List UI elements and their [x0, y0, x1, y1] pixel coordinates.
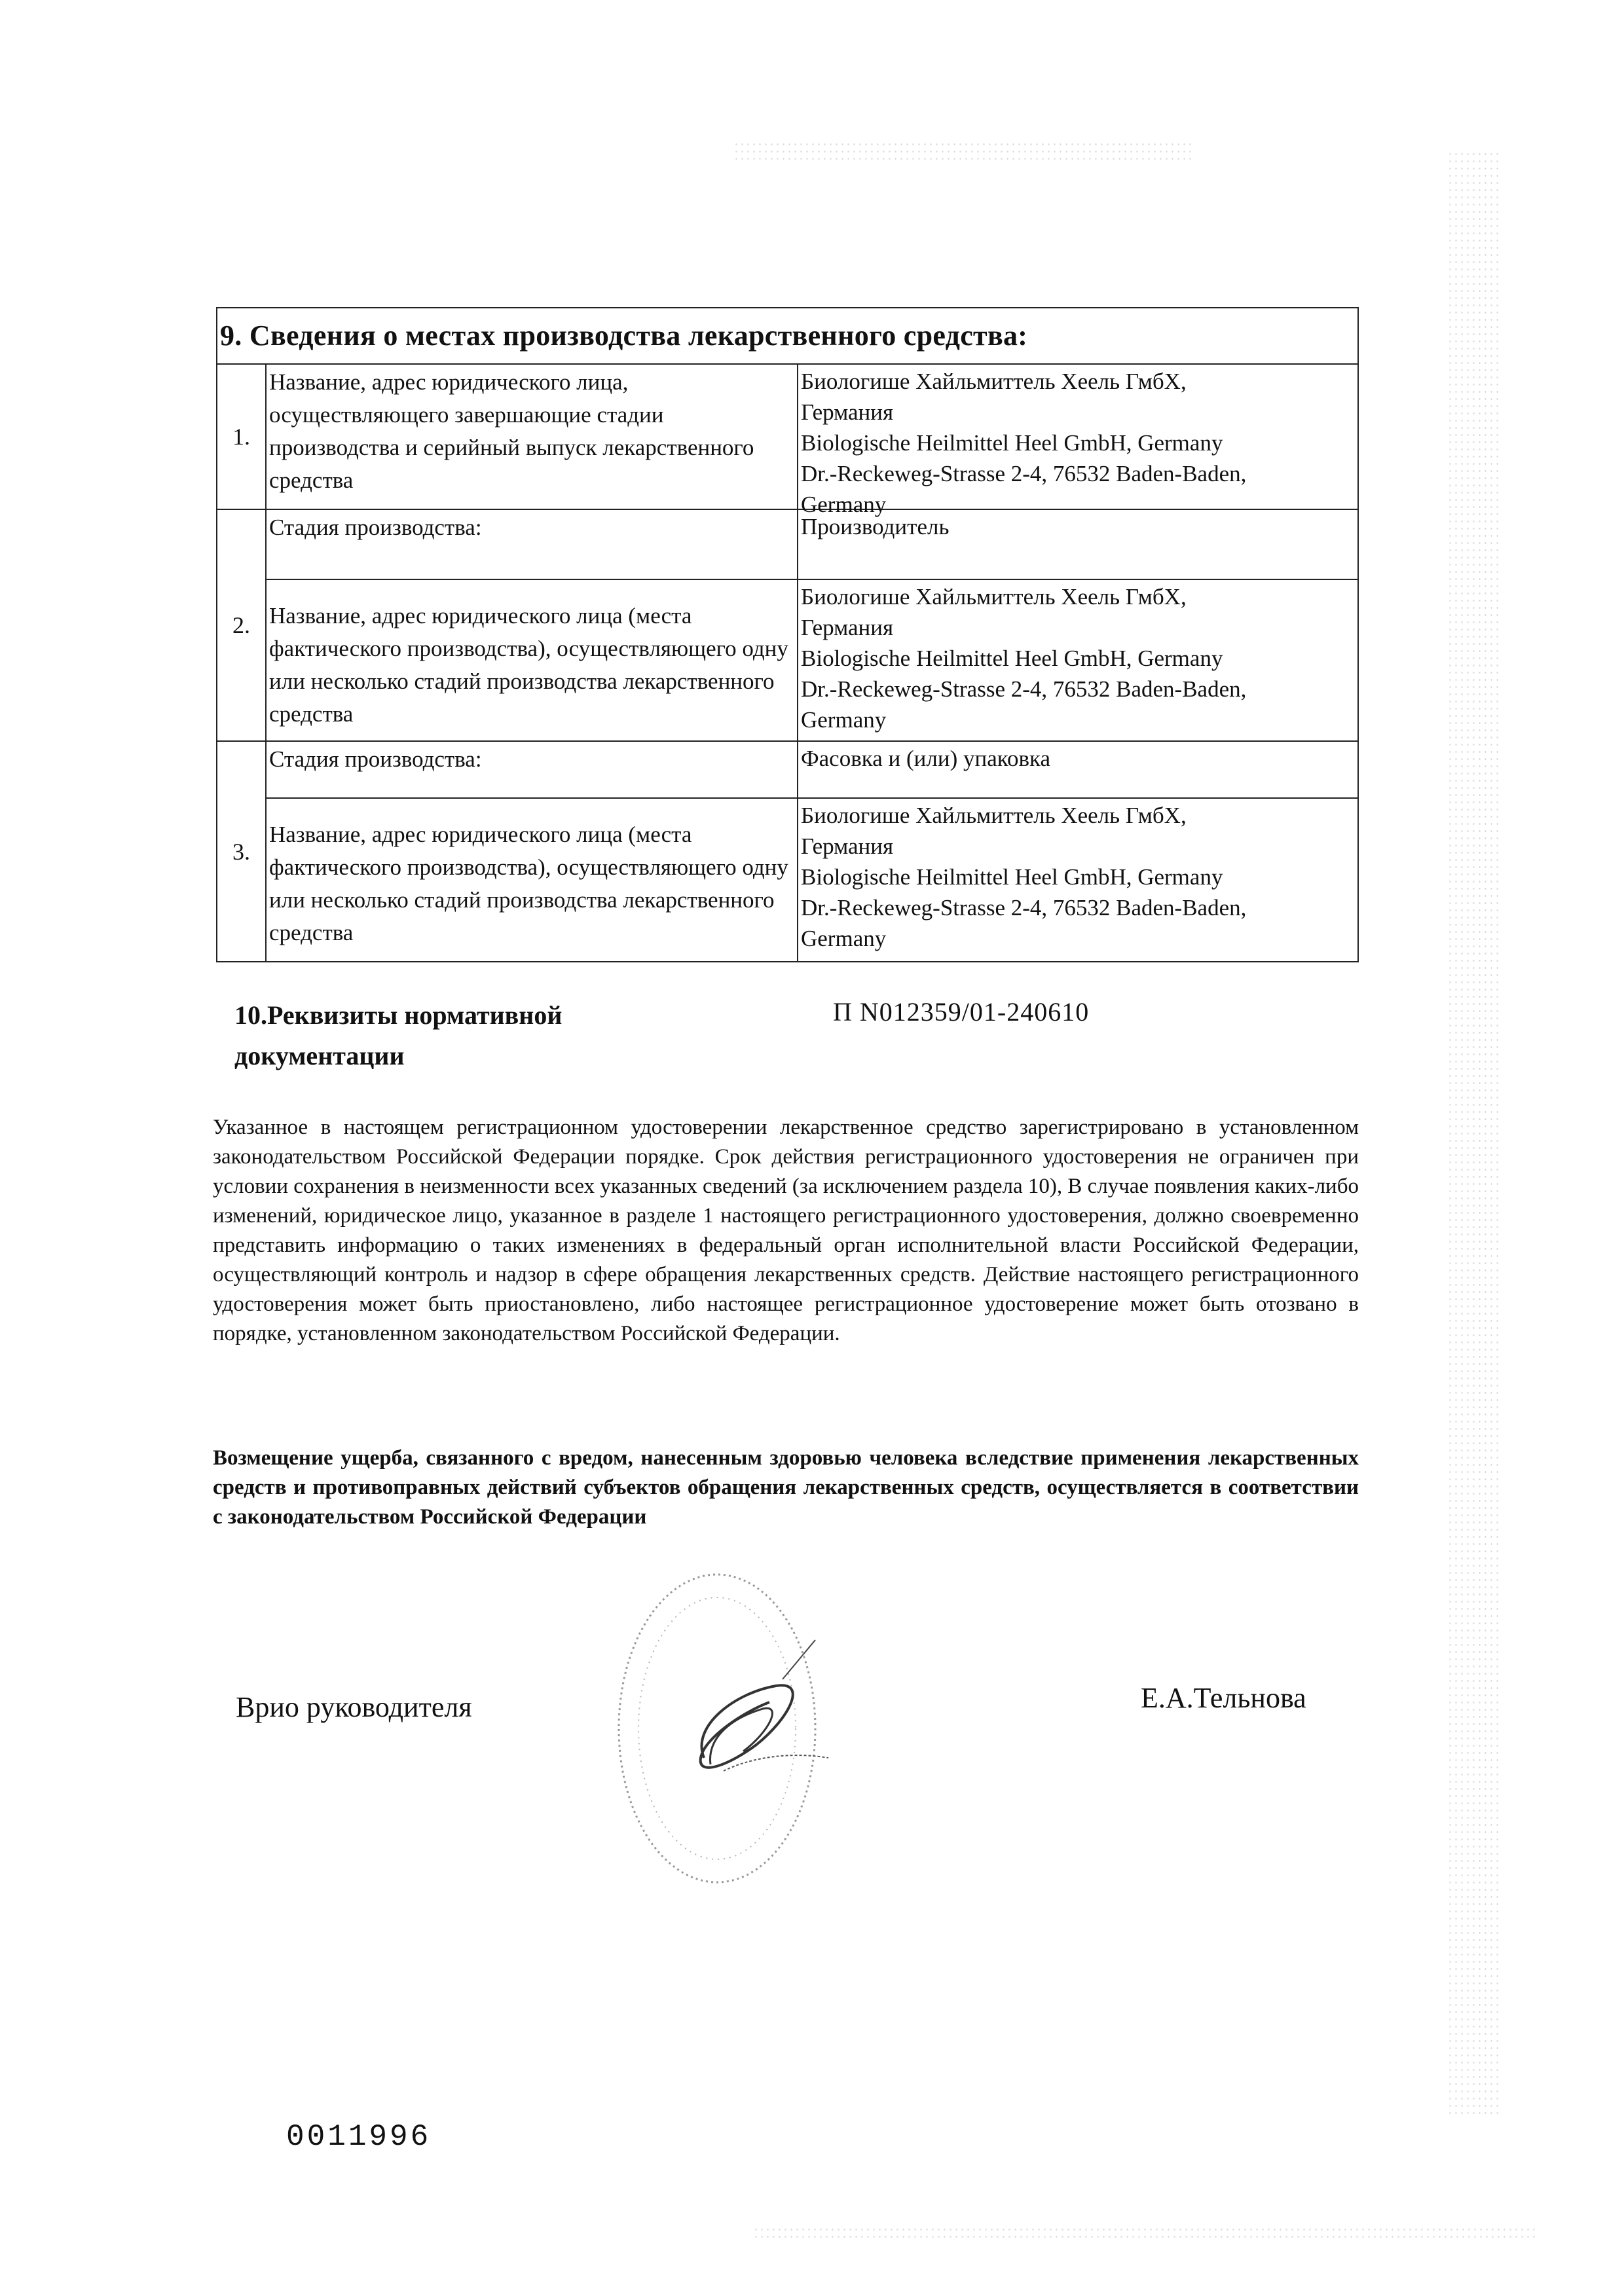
manufacturing-sites-table: 9. Сведения о местах производства лекарс…: [216, 307, 1359, 962]
stage-value: Фасовка и (или) упаковка: [798, 742, 1357, 797]
row-value: Биологише Хайльмиттель Хеель ГмбХ, Герма…: [798, 580, 1357, 740]
registration-number: П N012359/01-240610: [833, 996, 1089, 1027]
row-label: Название, адрес юридического лица, осуще…: [267, 365, 798, 509]
stage-value: Производитель: [798, 510, 1357, 579]
stage-label: Стадия производства:: [267, 510, 798, 579]
scan-noise-bottom: [753, 2226, 1539, 2242]
table-row-2: 2. Стадия производства: Производитель На…: [217, 510, 1357, 742]
row-label: Название, адрес юридического лица (места…: [267, 580, 798, 740]
row-value: Биологише Хайльмиттель Хеель ГмбХ, Герма…: [798, 365, 1357, 509]
document-page: 9. Сведения о местах производства лекарс…: [0, 0, 1624, 2296]
notice-paragraph: Указанное в настоящем регистрационном уд…: [213, 1113, 1359, 1349]
row-number: 2.: [217, 510, 267, 740]
scan-noise-top: [733, 141, 1192, 160]
table-row-1: 1. Название, адрес юридического лица, ос…: [217, 365, 1357, 510]
stamp-and-signature-icon: [593, 1561, 868, 1889]
row-label: Название, адрес юридического лица (места…: [267, 799, 798, 961]
row-number: 1.: [217, 365, 267, 509]
stage-label: Стадия производства:: [267, 742, 798, 797]
compensation-paragraph: Возмещение ущерба, связанного с вредом, …: [213, 1444, 1359, 1532]
signatory-name: Е.А.Тельнова: [1141, 1681, 1306, 1715]
table-row-3: 3. Стадия производства: Фасовка и (или) …: [217, 742, 1357, 961]
scan-noise-right: [1447, 151, 1500, 2115]
row-value: Биологише Хайльмиттель Хеель ГмбХ, Герма…: [798, 799, 1357, 961]
section-10-title: 10.Реквизиты нормативной документации: [234, 995, 693, 1076]
signatory-role: Врио руководителя: [236, 1690, 472, 1724]
form-serial-number: 0011996: [286, 2120, 431, 2154]
row-number: 3.: [217, 742, 267, 961]
section-9-title: 9. Сведения о местах производства лекарс…: [217, 308, 1357, 365]
